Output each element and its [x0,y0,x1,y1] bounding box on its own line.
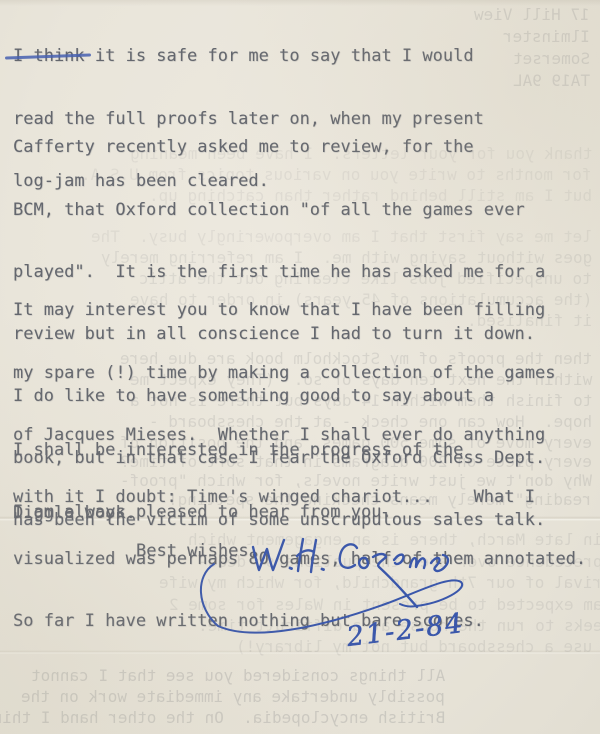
signature-name-paths [394,555,403,564]
signature-dot [322,569,324,570]
signature-dot [290,568,292,569]
letter-line: It may interest you to know that I have … [13,300,586,321]
letter-line: BCM, that Oxford collection "of all the … [13,200,545,221]
bleedthrough-line: 17 Hill View [474,5,590,24]
signature-name-paths [340,544,357,568]
bleedthrough-line: TA19 9AL [513,71,590,90]
strikethrough-text: I think [13,46,85,67]
signature-name-paths [253,540,284,570]
bleedthrough-line: possibly undertake any immediate work on… [21,687,445,706]
signature-name-paths [359,558,368,568]
letter-line: Cafferty recently asked me to review, fo… [13,137,545,158]
signature-name-paths [410,558,425,568]
handwritten-date: 21-2-84 [344,608,466,653]
signature-name-paths [431,555,448,571]
letter-scan-page: 17 Hill View Ilminster Somerset TA19 9AL… [0,0,600,734]
letter-line: I think it is safe for me to say that I … [13,46,484,67]
letter-line-rest: it is safe for me to say that I would [85,46,474,66]
bleedthrough-line: Ilminster [503,27,590,46]
letter-line: my spare (!) time by making a collection… [13,363,586,384]
bleedthrough-line: Somerset [513,49,590,68]
letter-line: I shall be interested in the progress of… [13,440,463,461]
signature-name-paths [297,539,316,572]
bleedthrough-line: British encyclopedia. On the other hand … [0,708,445,727]
signature-block: 21-2-84 [170,515,480,665]
